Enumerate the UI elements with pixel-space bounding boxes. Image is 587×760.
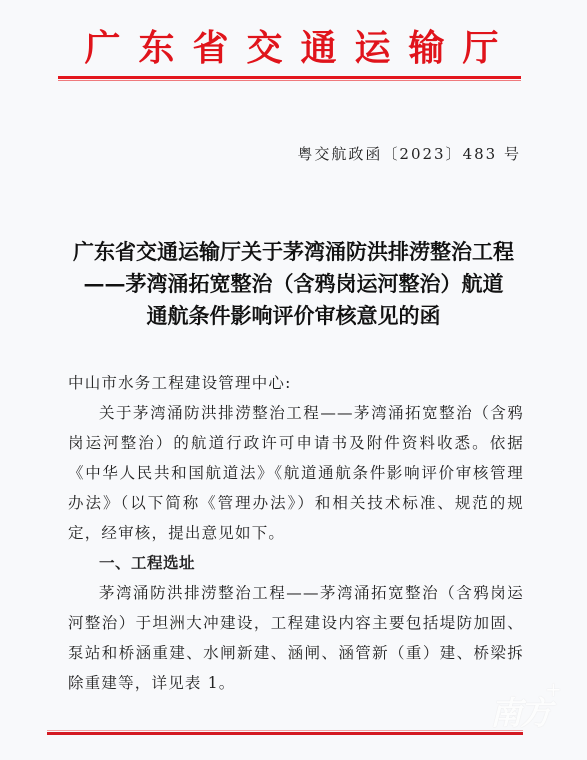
plus-icon: + xyxy=(545,677,562,701)
masthead-red-rule xyxy=(58,76,521,79)
title-line-2: ——茅湾涌拓宽整治（含鸦岗运河整治）航道 xyxy=(30,268,557,300)
title-line-3: 通航条件影响评价审核意见的函 xyxy=(30,300,557,332)
nanfang-watermark-logo: 南方 xyxy=(490,688,550,734)
recipient: 中山市水务工程建设管理中心: xyxy=(68,368,524,398)
section-heading-site-selection: 一、工程选址 xyxy=(68,548,524,578)
title-line-1: 广东省交通运输厅关于茅湾涌防洪排涝整治工程 xyxy=(30,236,557,268)
footer-red-rule xyxy=(47,732,523,735)
document-title: 广东省交通运输厅关于茅湾涌防洪排涝整治工程 ——茅湾涌拓宽整治（含鸦岗运河整治）… xyxy=(30,236,557,332)
masthead-issuer: 广东省交通运输厅 xyxy=(0,28,587,68)
document-number: 粤交航政函〔2023〕483 号 xyxy=(297,143,521,164)
paragraph-intro: 关于茅湾涌防洪排涝整治工程——茅湾涌拓宽整治（含鸦岗运河整治）的航道行政许可申请… xyxy=(68,398,524,548)
paragraph-site-selection: 茅湾涌防洪排涝整治工程——茅湾涌拓宽整治（含鸦岗运河整治）于坦洲大冲建设，工程建… xyxy=(68,578,524,698)
document-body: 中山市水务工程建设管理中心: 关于茅湾涌防洪排涝整治工程——茅湾涌拓宽整治（含鸦… xyxy=(68,368,524,698)
